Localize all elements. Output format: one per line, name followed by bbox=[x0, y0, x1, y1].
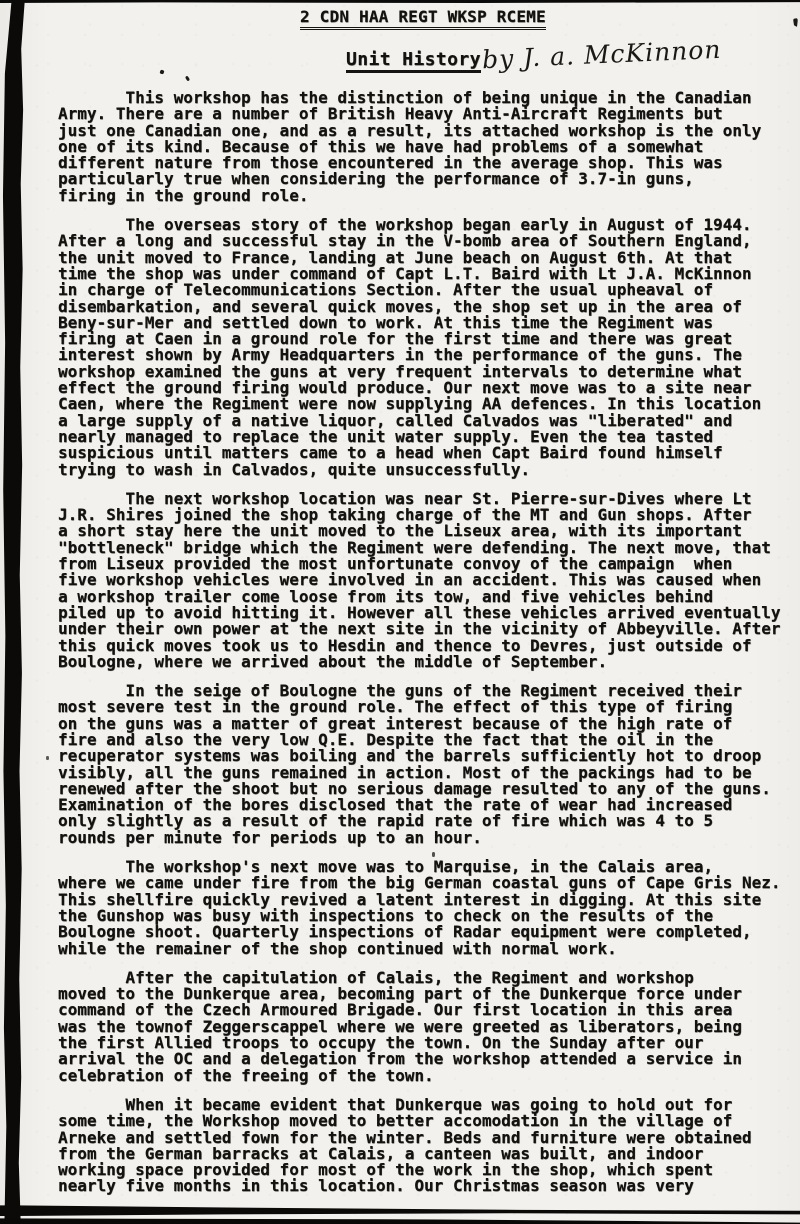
paragraph-3: The next workshop location was near St. … bbox=[58, 491, 800, 670]
paragraph-4: In the seige of Boulogne the guns of the… bbox=[58, 683, 800, 846]
paragraph-5: The workshop's next move was to Marquise… bbox=[58, 859, 800, 957]
scan-edge-left bbox=[2, 0, 26, 1224]
scan-speck bbox=[46, 756, 49, 760]
scan-speck bbox=[793, 18, 798, 27]
paragraph-6: After the capitulation of Calais, the Re… bbox=[58, 970, 800, 1084]
scan-speck bbox=[159, 69, 164, 74]
document-title: 2 CDN HAA REGT WKSP RCEME bbox=[300, 7, 546, 30]
scan-edge-bottom bbox=[0, 1217, 800, 1224]
handwritten-byline: by J. a. McKinnon bbox=[481, 35, 722, 74]
scanned-document-page: { "page": { "title": "2 CDN HAA REGT WKS… bbox=[0, 0, 800, 1224]
paragraph-7: When it became evident that Dunkerque wa… bbox=[58, 1097, 800, 1195]
document-body: This workshop has the distinction of bei… bbox=[58, 90, 800, 1208]
paragraph-1: This workshop has the distinction of bei… bbox=[58, 90, 800, 204]
paragraph-2: The overseas story of the workshop began… bbox=[58, 217, 800, 478]
document-subtitle: Unit History bbox=[346, 49, 481, 73]
scan-speck bbox=[185, 76, 190, 82]
scan-edge-top bbox=[0, 0, 800, 3]
